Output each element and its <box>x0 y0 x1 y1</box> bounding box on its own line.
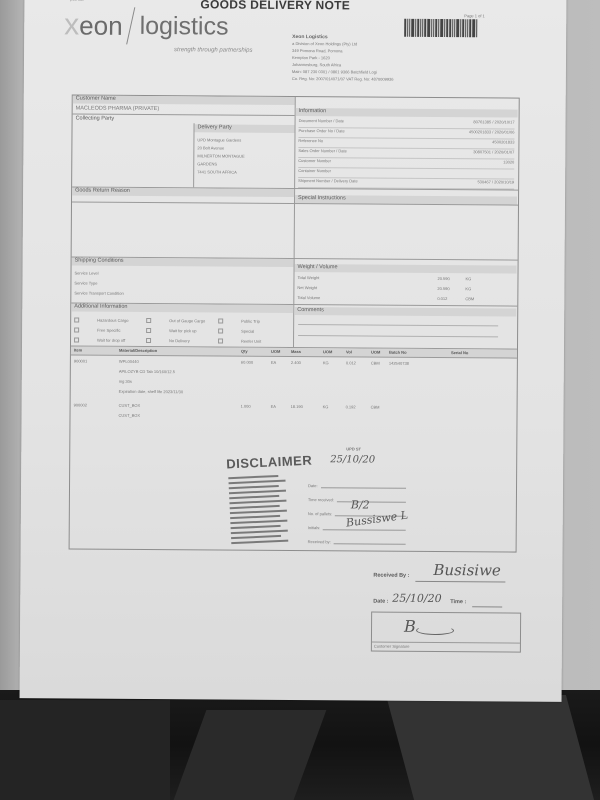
item-description-line: APILOZYB CD Tab 10/160/12.5 <box>119 369 175 374</box>
item-qty-uom: EA <box>271 360 276 365</box>
disclaimer-text-line <box>231 540 288 545</box>
additional-information-option: Wait for drop off <box>74 337 146 343</box>
item-qty: 1.000 <box>241 404 251 409</box>
disclaimer-stamp: DISCLAIMER UPD ST 25/10/20 Date:Time rec… <box>226 452 417 553</box>
information-row-label: Purchase Order No / Date <box>298 128 344 137</box>
weight-volume-row-value: 20.590 <box>437 276 465 286</box>
item-material: CUST_BOX <box>119 403 141 408</box>
items-column-header: Material/Description <box>119 348 157 353</box>
information-row-label: Shipment Number / Delivery Date <box>298 178 358 187</box>
stamp-field-line <box>334 543 406 545</box>
stamp-field: Received by: <box>308 530 406 545</box>
logo-separator <box>127 7 136 44</box>
additional-information-option: Reefer Unit <box>218 338 290 344</box>
weight-volume-row-unit: KG <box>465 286 471 296</box>
items-column-header: Batch No <box>389 350 407 355</box>
date-value: 25/10/20 <box>392 592 441 605</box>
additional-information-option-label: Special <box>241 328 254 333</box>
item-number: 900001 <box>74 358 87 363</box>
customer-name-label: Customer Name <box>76 95 116 101</box>
item-vol: 0.192 <box>346 404 356 409</box>
stamp-field-label: No. of pallets: <box>308 511 333 516</box>
items-column-header: Vol <box>346 349 352 354</box>
collecting-party-label: Collecting Party <box>76 115 115 121</box>
item-description-line: mg 30s <box>119 379 132 384</box>
customer-name-value: MACLEODS PHARMA (PRIVATE) <box>76 105 160 112</box>
additional-information-options: Hazardous CargoOut of Gauge CargoPublic … <box>74 314 292 346</box>
additional-information-option-label: Public Trip <box>241 318 260 323</box>
additional-information-option: Hazardous Cargo <box>74 317 146 323</box>
delivery-party-label: Delivery Party <box>198 124 232 130</box>
disclaimer-title: DISCLAIMER <box>226 448 416 472</box>
barcode <box>404 19 477 38</box>
items-column-header: UOM <box>271 349 280 354</box>
logo-name: eon <box>79 10 123 41</box>
time-label: Time : <box>450 599 466 605</box>
page-label: Page 1 of 1 <box>464 13 485 18</box>
item-description-line: Expiration date, shelf life 2023/11/30 <box>119 389 183 394</box>
received-by-value: Busisiwe <box>433 561 501 579</box>
item-number: 900002 <box>74 402 87 407</box>
additional-information-option: Free Specific <box>74 327 146 333</box>
checkbox[interactable] <box>146 327 151 332</box>
additional-information-option: Public Trip <box>218 318 290 324</box>
item-vol-uom: CBM <box>371 405 380 410</box>
stamp-field-label: Time received: <box>308 497 334 502</box>
logo-tagline: strength through partnerships <box>174 47 252 54</box>
company-address: Xeon Logistics a Division of Xeon Holdin… <box>292 34 394 83</box>
items-column-header: UOM <box>371 350 380 355</box>
information-row-label: Document Number / Date <box>299 118 344 127</box>
stamp-field-label: Date: <box>308 483 318 488</box>
information-row-value: 4500201833 <box>492 139 514 148</box>
disclaimer-text-line <box>229 495 279 499</box>
delivery-party-address: UPD Montague Gardens20 Bolt AvenueMILNER… <box>197 136 245 176</box>
stamp-field-label: Received by: <box>308 539 331 544</box>
disclaimer-text-line <box>230 505 280 509</box>
customer-signature-mark: B <box>404 617 416 636</box>
additional-information-option-label: Reefer Unit <box>241 338 261 343</box>
items-column-header: Item <box>74 347 82 352</box>
logo-division: logistics <box>140 11 229 41</box>
information-row-value: 30807501 / 2020/01/07 <box>473 149 514 158</box>
top-note: pos call <box>70 0 84 2</box>
checkbox[interactable] <box>218 318 223 323</box>
special-instructions-label: Special Instructions <box>298 195 346 201</box>
disclaimer-text-line <box>230 515 280 519</box>
fabric-background <box>0 690 600 800</box>
item-mass: 18.190 <box>291 404 303 409</box>
item-vol: 0.012 <box>346 360 356 365</box>
item-material: WPL00440 <box>119 359 139 364</box>
checkbox[interactable] <box>146 337 151 342</box>
information-label: Information <box>299 108 327 114</box>
checkbox[interactable] <box>74 337 79 342</box>
item-mass-uom: KG <box>323 404 329 409</box>
additional-information-label: Additional Information <box>74 303 127 309</box>
disclaimer-text-line <box>231 530 288 535</box>
date-label: Date : <box>373 599 388 605</box>
additional-information-option: No Delivery <box>146 337 218 343</box>
information-table: Document Number / Date80761385 / 2020/10… <box>298 118 514 190</box>
information-row-label: Reference No <box>298 138 323 147</box>
items-column-header: Mass <box>291 349 301 354</box>
disclaimer-text-line <box>229 480 286 485</box>
weight-volume-label: Weight / Volume <box>298 264 338 270</box>
signature-flourish <box>416 626 454 635</box>
comments-label: Comments <box>297 307 324 313</box>
item-description-line: CUST_BOX <box>119 413 141 418</box>
item-qty-uom: EA <box>271 404 276 409</box>
disclaimer-text-line <box>229 490 286 495</box>
additional-information-option-label: Hazardous Cargo <box>97 317 128 322</box>
information-row-value: 530467 / 2020/10/19 <box>477 179 514 188</box>
company-logo: x eon logistics <box>64 6 229 45</box>
stamp-field-label: Initials: <box>308 525 320 530</box>
additional-information-option: Special <box>218 328 290 334</box>
weight-volume-row-unit: KG <box>465 276 471 286</box>
customer-signature-label: Customer Signature <box>374 644 410 649</box>
information-row-value: 13020 <box>503 159 514 168</box>
information-row-value: 80761385 / 2020/10/17 <box>473 119 514 128</box>
stamp-header: UPD ST <box>346 446 361 451</box>
item-mass-uom: KG <box>323 360 329 365</box>
stamp-date-handwritten: 25/10/20 <box>330 454 375 465</box>
item-qty: 60.000 <box>241 360 253 365</box>
weight-volume-row-value: 20.590 <box>437 286 465 296</box>
shipping-condition-row: Service Type <box>74 278 123 288</box>
additional-information-row: Wait for drop offNo DeliveryReefer Unit <box>74 334 292 346</box>
items-column-header: UOM <box>323 349 332 354</box>
checkbox[interactable] <box>218 338 223 343</box>
delivery-address-line: 7441 SOUTH AFRICA <box>197 168 244 176</box>
additional-information-option: Wait for pick up <box>146 327 218 333</box>
additional-information-option-label: Free Specific <box>97 327 120 332</box>
disclaimer-text-line <box>231 525 281 529</box>
shipping-condition-row: Service Level <box>74 268 123 278</box>
shipping-condition-row: Service Transport Condition <box>74 288 123 298</box>
items-column-header: Serial No <box>451 350 468 355</box>
checkbox[interactable] <box>146 317 151 322</box>
company-address-line: Co. Reg. No: 2007/014071/07 VAT Reg. No:… <box>292 75 394 83</box>
information-row-label: Sales Order Number / Date <box>298 148 347 157</box>
stamp-initials-handwritten: B/2 <box>351 498 370 511</box>
item-mass: 2.400 <box>291 360 301 365</box>
weight-volume-table: Total Weight20.590KGNet Weight20.590KGTo… <box>297 275 487 306</box>
additional-information-option-label: Out of Gauge Cargo <box>169 318 205 323</box>
information-row-value: 4500201833 / 2020/01/06 <box>469 129 515 138</box>
goods-return-reason-label: Goods Return Reason <box>75 187 130 193</box>
checkbox[interactable] <box>74 317 79 322</box>
stamp-field: Date: <box>308 474 406 489</box>
additional-information-option-label: Wait for drop off <box>97 337 125 342</box>
shipping-conditions-label: Shipping Conditions <box>75 257 124 263</box>
additional-information-option-label: Wait for pick up <box>169 328 196 333</box>
disclaimer-text-line <box>228 475 278 479</box>
disclaimer-text-line <box>231 535 281 539</box>
checkbox[interactable] <box>74 327 79 332</box>
items-column-header: Qty <box>241 349 248 354</box>
received-by-label: Received By : <box>373 573 409 579</box>
disclaimer-text-line <box>230 520 287 525</box>
item-vol-uom: CBM <box>371 361 380 366</box>
additional-information-option: Out of Gauge Cargo <box>146 317 218 323</box>
shipping-conditions-list: Service LevelService TypeService Transpo… <box>74 268 124 298</box>
disclaimer-text-line <box>230 510 287 515</box>
information-row-label: Customer Number <box>298 158 331 167</box>
delivery-note-paper: pos call GOODS DELIVERY NOTE Page 1 of 1… <box>20 0 567 702</box>
logo-x: x <box>64 8 79 42</box>
checkbox[interactable] <box>218 328 223 333</box>
disclaimer-text-line <box>229 485 279 489</box>
additional-information-option-label: No Delivery <box>169 338 190 343</box>
item-batch: 142540738 <box>389 361 409 366</box>
disclaimer-text-line <box>229 500 286 505</box>
information-row-label: Container Number <box>298 168 331 177</box>
